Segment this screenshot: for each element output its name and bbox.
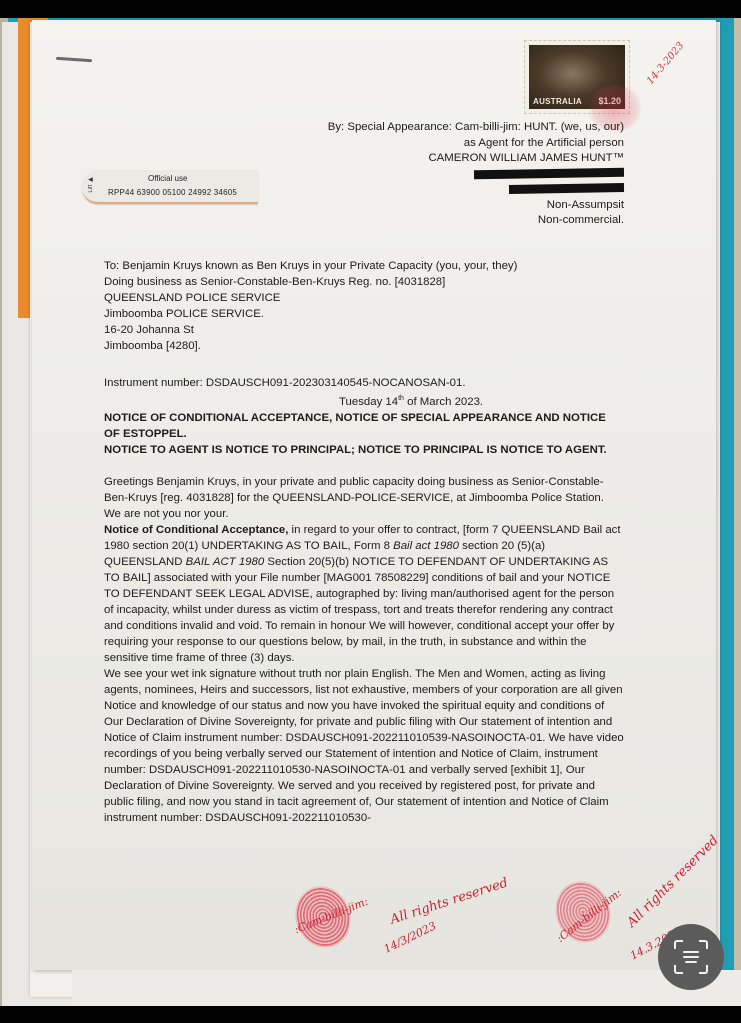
text-scan-button[interactable] — [658, 924, 724, 990]
photo-viewport: AUSTRALIA $1.20 14-3-2023 By: Special Ap… — [0, 0, 741, 1023]
not-you-line: We are not you nor your. — [104, 506, 624, 522]
recipient-line: QUEENSLAND POLICE SERVICE — [104, 290, 624, 306]
letter-body: To: Benjamin Kruys known as Ben Kruys in… — [104, 258, 624, 826]
sender-line: as Agent for the Artificial person — [328, 136, 624, 152]
sender-block: By: Special Appearance: Cam-billi-jim: H… — [328, 120, 624, 229]
official-use-title: Official use — [148, 174, 187, 183]
redacted-line — [328, 167, 624, 183]
lift-tab: Lift ▶ — [88, 176, 95, 193]
sender-tag: Non-commercial. — [328, 213, 624, 229]
recipient-line: To: Benjamin Kruys known as Ben Kruys in… — [104, 258, 624, 274]
document-date: Tuesday 14th of March 2023. — [104, 391, 624, 410]
date-rest: of March 2023. — [404, 396, 483, 408]
recipient-block: To: Benjamin Kruys known as Ben Kruys in… — [104, 258, 624, 354]
redacted-line — [328, 182, 624, 198]
conditional-acceptance-paragraph: Notice of Conditional Acceptance, in reg… — [104, 522, 624, 666]
sender-tag: Non-Assumpsit — [328, 198, 624, 214]
wet-ink-paragraph: We see your wet ink signature without tr… — [104, 666, 624, 826]
official-use-sticker: Lift ▶ Official use RPP44 63900 05100 24… — [82, 170, 258, 204]
ca-part: Section 20(5)(b) NOTICE TO DEFENDANT OF … — [104, 556, 614, 664]
stamp-date-scrawl: 14-3-2023 — [645, 40, 686, 86]
sender-line: CAMERON WILLIAM JAMES HUNT™ — [328, 151, 624, 167]
recipient-line: Jimboomba POLICE SERVICE. — [104, 306, 624, 322]
recipient-line: Doing business as Senior-Constable-Ben-K… — [104, 274, 624, 290]
sender-line: By: Special Appearance: Cam-billi-jim: H… — [328, 120, 624, 136]
agent-principal-heading: NOTICE TO AGENT IS NOTICE TO PRINCIPAL; … — [104, 442, 624, 458]
notice-title: NOTICE OF CONDITIONAL ACCEPTANCE, NOTICE… — [104, 410, 624, 442]
stamp-country: AUSTRALIA — [533, 97, 582, 106]
date-day: Tuesday 14 — [339, 396, 398, 408]
ca-italic: BAIL ACT 1980 — [186, 556, 265, 568]
recipient-line: 16-20 Johanna St — [104, 322, 624, 338]
conditional-acceptance-lead: Notice of Conditional Acceptance, — [104, 524, 288, 536]
text-scan-icon — [674, 940, 708, 974]
staple — [56, 57, 92, 63]
lower-sheet-edge — [72, 970, 741, 1006]
document-page: AUSTRALIA $1.20 14-3-2023 By: Special Ap… — [32, 20, 716, 970]
tracking-code: RPP44 63900 05100 24992 34605 — [108, 188, 237, 197]
greeting-paragraph: Greetings Benjamin Kruys, in your privat… — [104, 474, 624, 506]
ca-italic: Bail act 1980 — [393, 540, 459, 552]
instrument-number: Instrument number: DSDAUSCH091-202303140… — [104, 375, 624, 391]
recipient-line: Jimboomba [4280]. — [104, 338, 624, 354]
photo-scene: AUSTRALIA $1.20 14-3-2023 By: Special Ap… — [0, 18, 741, 1006]
